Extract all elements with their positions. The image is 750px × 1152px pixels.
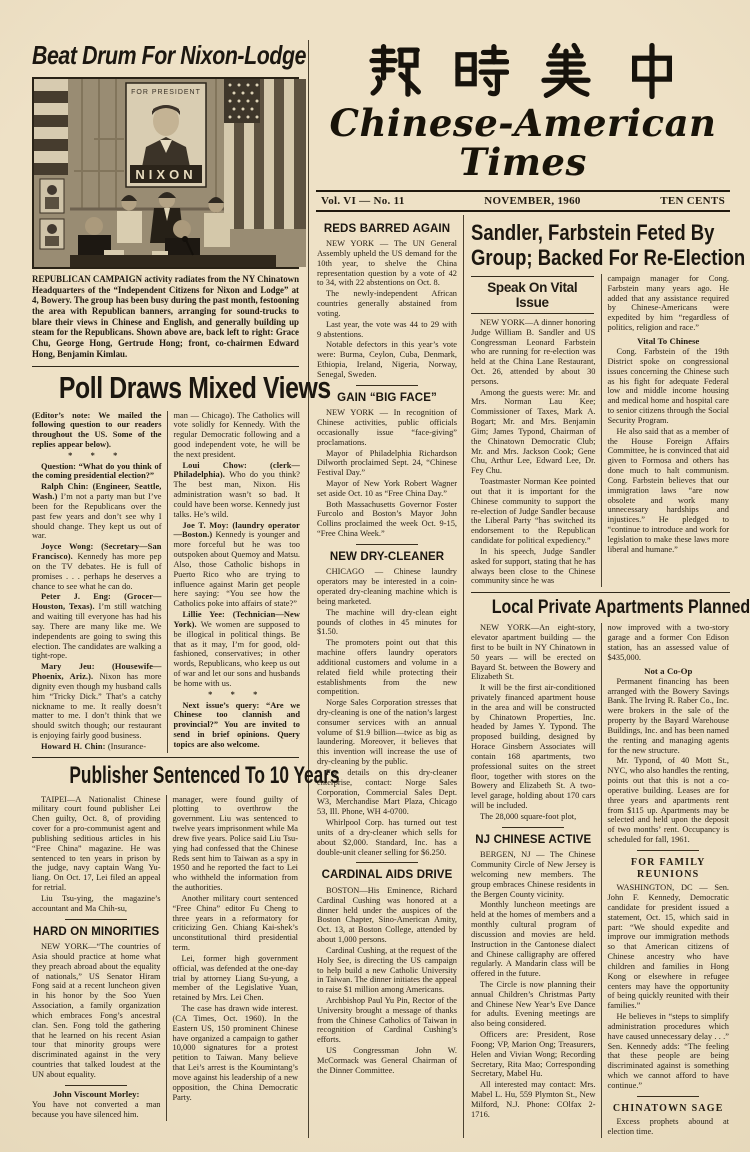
article-paragraph: Another military court sentenced “Free C… bbox=[173, 894, 299, 953]
photo-headline: Beat Drum For Nixon-Lodge bbox=[32, 40, 253, 71]
article-paragraph: All interested may contact: Mrs. Mabel L… bbox=[471, 1080, 596, 1119]
article-rule bbox=[65, 919, 127, 920]
publisher-section: Publisher Sentenced To 10 Years TAIPEI—A… bbox=[32, 757, 299, 1121]
issue-date: NOVEMBER, 1960 bbox=[484, 195, 580, 207]
article-paragraph: Notable defectors in this year’s vote we… bbox=[317, 340, 457, 379]
article-paragraph: (Editor’s note: We mailed the following … bbox=[32, 411, 162, 450]
article-paragraph: NEW YORK — The UN General Assembly uphel… bbox=[317, 239, 457, 288]
article-paragraph: Peter J. Eng: (Grocer—Houston, Texas). I… bbox=[32, 592, 162, 661]
article-paragraph: manager, were found guilty of plotting t… bbox=[173, 795, 299, 893]
apartments-headline: Local Private Apartments Planned bbox=[492, 597, 710, 619]
article-paragraph: Next issue’s query: “Are we Chinese too … bbox=[174, 701, 301, 750]
article-paragraph: Lillie Yee: (Technician—New York). We wo… bbox=[174, 610, 301, 689]
article-paragraph: In his speech, Judge Sandler asked for s… bbox=[471, 547, 596, 586]
us-flag bbox=[224, 79, 306, 229]
publisher-column-1: TAIPEI—A Nationalist Chinese military co… bbox=[32, 795, 166, 1121]
article-paragraph: He also said that as a member of the Hou… bbox=[608, 427, 730, 555]
article-paragraph: Lei, former high government official, wa… bbox=[173, 954, 299, 1003]
subhead-chinatown-sage: CHINATOWN SAGE bbox=[608, 1103, 730, 1115]
poll-column-2: man — Chicago). The Catholics will vote … bbox=[167, 411, 302, 753]
article-paragraph: BERGEN, NJ — The Chinese Community Circl… bbox=[471, 850, 596, 899]
article-paragraph: The 28,000 square-foot plot, bbox=[471, 812, 596, 822]
article-paragraph: NEW YORK—“The countries of Asia should p… bbox=[32, 942, 161, 1080]
masthead-english-title: Chinese-American Times bbox=[316, 104, 730, 182]
quote-attribution: John Viscount Morley: bbox=[32, 1089, 161, 1099]
chinese-char-bao bbox=[365, 42, 423, 100]
article-paragraph: Permanent financing has been arranged wi… bbox=[608, 677, 730, 756]
article-paragraph: Question: “What do you think of the comi… bbox=[32, 462, 162, 482]
left-column: Beat Drum For Nixon-Lodge bbox=[32, 40, 308, 1138]
chinese-char-zhong bbox=[623, 42, 681, 100]
sandler-headline-line-2: Group; Backed For Re-Election bbox=[471, 245, 689, 270]
article-paragraph: Joe T. Moy: (laundry operator —Boston.) … bbox=[174, 521, 301, 609]
article-paragraph: Loui Chow: (clerk—Philadelphia). Who do … bbox=[174, 461, 301, 520]
article-rule bbox=[356, 862, 418, 863]
article-paragraph: Liu Tsu-ying, the magazine’s accountant … bbox=[32, 894, 161, 914]
article-paragraph: Cardinal Cushing, at the request of the … bbox=[317, 946, 457, 995]
caption-text: activity radiates from the NY Chinatown … bbox=[32, 274, 299, 359]
article-paragraph: The Circle is now planning their annual … bbox=[471, 980, 596, 1029]
page-layout: Beat Drum For Nixon-Lodge bbox=[32, 40, 730, 1138]
sandler-column-2: campaign manager for Cong. Farbstein man… bbox=[601, 274, 731, 587]
article-paragraph: Both Massachusetts Governor Foster Furco… bbox=[317, 500, 457, 539]
speak-on-vital-issue-subhead: Speak On Vital Issue bbox=[471, 276, 594, 314]
dateline: Vol. VI — No. 11 NOVEMBER, 1960 TEN CENT… bbox=[316, 190, 730, 212]
article-rule bbox=[502, 827, 564, 828]
subhead-nj-chinese-active: NJ CHINESE ACTIVE bbox=[471, 834, 596, 847]
right-region: Sandler, Farbstein Feted By Group; Backe… bbox=[463, 215, 730, 1138]
sandler-column-1: Speak On Vital Issue NEW YORK—A dinner h… bbox=[471, 274, 601, 587]
caption-lead: REPUBLICAN CAMPAIGN bbox=[32, 274, 142, 284]
article-paragraph: * * * bbox=[32, 451, 162, 461]
news-briefs-column: REDS BARRED AGAINNEW YORK — The UN Gener… bbox=[316, 215, 463, 1138]
article-paragraph: Mayor of New York Robert Wagner set asid… bbox=[317, 479, 457, 499]
article-paragraph: Archbishop Paul Yu Pin, Rector of the Un… bbox=[317, 996, 457, 1045]
section-divider bbox=[32, 366, 299, 367]
article-paragraph: You have not converted a man because you… bbox=[32, 1100, 161, 1120]
article-paragraph: NEW YORK — In recognition of Chinese act… bbox=[317, 408, 457, 447]
sandler-headline: Sandler, Farbstein Feted By Group; Backe… bbox=[471, 220, 730, 270]
poll-headline: Poll Draws Mixed Views bbox=[59, 370, 274, 406]
article-paragraph: NEW YORK—A dinner honoring Judge William… bbox=[471, 318, 596, 387]
article-paragraph: CHICAGO — Chinese laundry operators may … bbox=[317, 567, 457, 606]
photo-caption: REPUBLICAN CAMPAIGN activity radiates fr… bbox=[32, 274, 299, 360]
subhead-for-family-reunions: FOR FAMILY REUNIONS bbox=[608, 857, 730, 880]
body-row: REDS BARRED AGAINNEW YORK — The UN Gener… bbox=[316, 215, 730, 1138]
sandler-headline-line-1: Sandler, Farbstein Feted By bbox=[471, 220, 689, 245]
article-paragraph: The promoters point out that this machin… bbox=[317, 638, 457, 697]
article-paragraph: The case has drawn wide interest. (CA Ti… bbox=[173, 1004, 299, 1102]
article-paragraph: The machine will dry-clean eight pounds … bbox=[317, 608, 457, 637]
article-paragraph: Mayor of Philadelphia Richardson Dilwort… bbox=[317, 449, 457, 478]
article-paragraph: NEW YORK—An eight-story, elevator apartm… bbox=[471, 623, 596, 682]
sandler-article: Speak On Vital Issue NEW YORK—A dinner h… bbox=[471, 274, 730, 587]
article-paragraph: Last year, the vote was 44 to 29 with 9 … bbox=[317, 320, 457, 340]
article-paragraph: Whirlpool Corp. has turned out test unit… bbox=[317, 818, 457, 857]
chinese-char-shi bbox=[451, 42, 509, 100]
nixon-poster-name-text: NIXON bbox=[135, 167, 196, 182]
apartments-article: NEW YORK—An eight-story, elevator apartm… bbox=[471, 623, 730, 1138]
article-paragraph: WASHINGTON, DC — Sen. John F. Kennedy, D… bbox=[608, 883, 730, 1011]
article-paragraph: TAIPEI—A Nationalist Chinese military co… bbox=[32, 795, 161, 893]
article-paragraph: Cong. Farbstein of the 19th District spo… bbox=[608, 347, 730, 426]
subhead-gain-big-face: GAIN “BIG FACE” bbox=[317, 392, 457, 405]
subhead-new-dry-cleaner: NEW DRY-CLEANER bbox=[317, 551, 457, 564]
price: TEN CENTS bbox=[660, 195, 725, 207]
article-paragraph: US Congressman John W. McCormack was Gen… bbox=[317, 1046, 457, 1075]
article-paragraph: He believes in “steps to simplify admini… bbox=[608, 1012, 730, 1091]
striped-banner bbox=[34, 79, 68, 175]
article-paragraph: Monthly luncheon meetings are held at th… bbox=[471, 900, 596, 979]
article-paragraph: The newly-independent African countries … bbox=[317, 289, 457, 318]
subhead-not-a-coop: Not a Co-Op bbox=[608, 666, 730, 676]
subhead-cardinal-aids-drive: CARDINAL AIDS DRIVE bbox=[317, 869, 457, 882]
nixon-poster-top-text: FOR PRESIDENT bbox=[131, 89, 201, 96]
article-paragraph: Norge Sales Corporation stresses that dr… bbox=[317, 698, 457, 767]
article-rule bbox=[356, 544, 418, 545]
article-rule bbox=[356, 385, 418, 386]
masthead-chinese-title bbox=[316, 42, 730, 100]
right-side: Chinese-American Times Vol. VI — No. 11 … bbox=[308, 40, 730, 1138]
campaign-photo: FOR PRESIDENT NIXON bbox=[32, 77, 299, 269]
sandler-column-1-text: NEW YORK—A dinner honoring Judge William… bbox=[471, 318, 596, 586]
apartments-column-2: now improved with a two-story garage and… bbox=[601, 623, 731, 1138]
chinese-char-mei bbox=[537, 42, 595, 100]
article-paragraph: Joyce Wong: (Secretary—San Francisco). K… bbox=[32, 542, 162, 591]
article-paragraph: now improved with a two-story garage and… bbox=[608, 623, 730, 662]
article-paragraph: Excess prophets abound at election time. bbox=[608, 1117, 730, 1137]
article-rule bbox=[637, 850, 699, 851]
article-paragraph: It will be the first air-conditioned pri… bbox=[471, 683, 596, 811]
newspaper-page: Beat Drum For Nixon-Lodge bbox=[0, 0, 750, 1152]
nixon-poster: FOR PRESIDENT NIXON bbox=[126, 83, 206, 187]
campaign-photo-illustration: FOR PRESIDENT NIXON bbox=[34, 79, 306, 267]
article-rule bbox=[65, 1085, 127, 1086]
subhead-hard-on-minorities: HARD ON MINORITIES bbox=[32, 926, 161, 939]
article-paragraph: campaign manager for Cong. Farbstein man… bbox=[608, 274, 730, 333]
article-paragraph: Mary Jeu: (Housewife—Phoenix, Ariz.). Ni… bbox=[32, 662, 162, 741]
volume-number: Vol. VI — No. 11 bbox=[321, 195, 405, 207]
apartments-section: Local Private Apartments Planned NEW YOR… bbox=[471, 592, 730, 1138]
publisher-column-2: manager, were found guilty of plotting t… bbox=[166, 795, 300, 1121]
article-paragraph: Mr. Typond, of 40 Mott St., NYC, who als… bbox=[608, 756, 730, 844]
article-paragraph: Among the guests were: Mr. and Mrs. Norm… bbox=[471, 388, 596, 476]
poll-article: (Editor’s note: We mailed the following … bbox=[32, 411, 301, 753]
article-rule bbox=[637, 1096, 699, 1097]
article-paragraph: * * * bbox=[174, 690, 301, 700]
masthead: Chinese-American Times Vol. VI — No. 11 … bbox=[316, 42, 730, 212]
article-paragraph: Ralph Chin: (Engineer, Seattle, Wash.) I… bbox=[32, 482, 162, 541]
apartments-column-1: NEW YORK—An eight-story, elevator apartm… bbox=[471, 623, 601, 1138]
publisher-article: TAIPEI—A Nationalist Chinese military co… bbox=[32, 795, 299, 1121]
publisher-headline: Publisher Sentenced To 10 Years bbox=[69, 762, 261, 790]
article-paragraph: Officers are: President, Rose Foong; VP,… bbox=[471, 1030, 596, 1079]
article-paragraph: Howard H. Chin: (Insurance- bbox=[32, 742, 162, 752]
subhead-reds-barred-again: REDS BARRED AGAIN bbox=[317, 223, 457, 236]
article-paragraph: BOSTON—His Eminence, Richard Cardinal Cu… bbox=[317, 886, 457, 945]
article-paragraph: man — Chicago). The Catholics will vote … bbox=[174, 411, 301, 460]
subhead-vital-to-chinese: Vital To Chinese bbox=[608, 336, 730, 346]
poll-column-1: (Editor’s note: We mailed the following … bbox=[32, 411, 167, 753]
article-paragraph: Toastmaster Norman Kee pointed out that … bbox=[471, 477, 596, 546]
